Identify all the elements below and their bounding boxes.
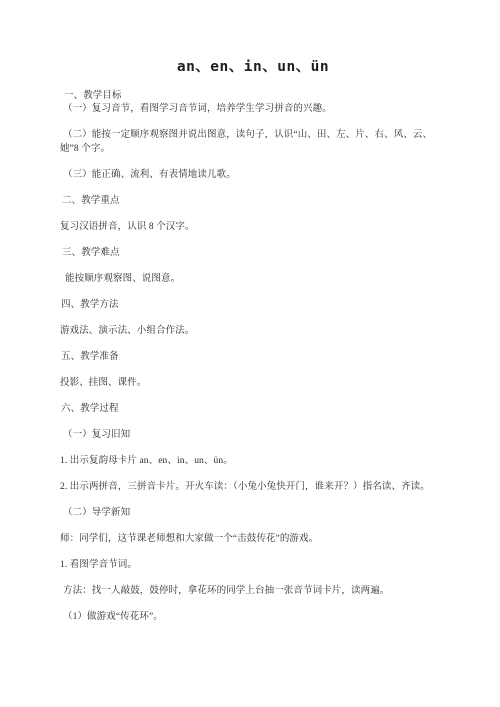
paragraph-line: （一）复习音节，看图学习音节词，培养学生学习拼音的兴趣。	[60, 102, 446, 116]
paragraph-line: 游戏法、演示法、小组合作法。	[60, 324, 446, 338]
paragraph-line: 师：同学们，这节课老师想和大家做一个“击鼓传花”的游戏。	[60, 532, 446, 546]
paragraph-line: 能按顺序观察图、说图意。	[60, 272, 446, 286]
document-title: an、en、in、un、ün	[60, 58, 446, 77]
paragraph-line: 1. 出示复韵母卡片 an、en、in、un、ün。	[60, 454, 446, 468]
paragraph-line: 1. 看图学音节词。	[60, 558, 446, 572]
paragraph-line: 四、教学方法	[60, 298, 446, 312]
paragraph-line: 方法：找一人敲鼓，鼓停时，拿花环的同学上台抽一张音节词卡片，读两遍。	[60, 584, 446, 598]
paragraph-line: 三、教学难点	[60, 246, 446, 260]
paragraph-line: 投影、挂图、课件。	[60, 376, 446, 390]
paragraph-line: 一、教学目标	[60, 89, 446, 103]
paragraph-line: （二）能按一定顺序观察图并说出图意，读句子，认识“山、田、左、片、右、风、云、她…	[60, 128, 446, 156]
paragraph-line: 复习汉语拼音，认识 8 个汉字。	[60, 220, 446, 234]
paragraph-line: （一）复习旧知	[60, 428, 446, 442]
paragraph-line: 二、教学重点	[60, 194, 446, 208]
paragraph-line: 六、教学过程	[60, 402, 446, 416]
paragraph-line: （二）导学新知	[60, 506, 446, 520]
document-page: an、en、in、un、ün 一、教学目标（一）复习音节，看图学习音节词，培养学…	[0, 0, 500, 707]
paragraph-line: 2. 出示两拼音，三拼音卡片。开火车读：（小兔小兔快开门，谁来开？）指名读、齐读…	[60, 480, 446, 494]
document-body: 一、教学目标（一）复习音节，看图学习音节词，培养学生学习拼音的兴趣。（二）能按一…	[60, 89, 446, 624]
paragraph-line: （三）能正确、流利、有表情地读儿歌。	[60, 168, 446, 182]
paragraph-line: （1）做游戏“传花环”。	[60, 610, 446, 624]
document-content: an、en、in、un、ün 一、教学目标（一）复习音节，看图学习音节词，培养学…	[0, 0, 500, 624]
paragraph-line: 五、教学准备	[60, 350, 446, 364]
